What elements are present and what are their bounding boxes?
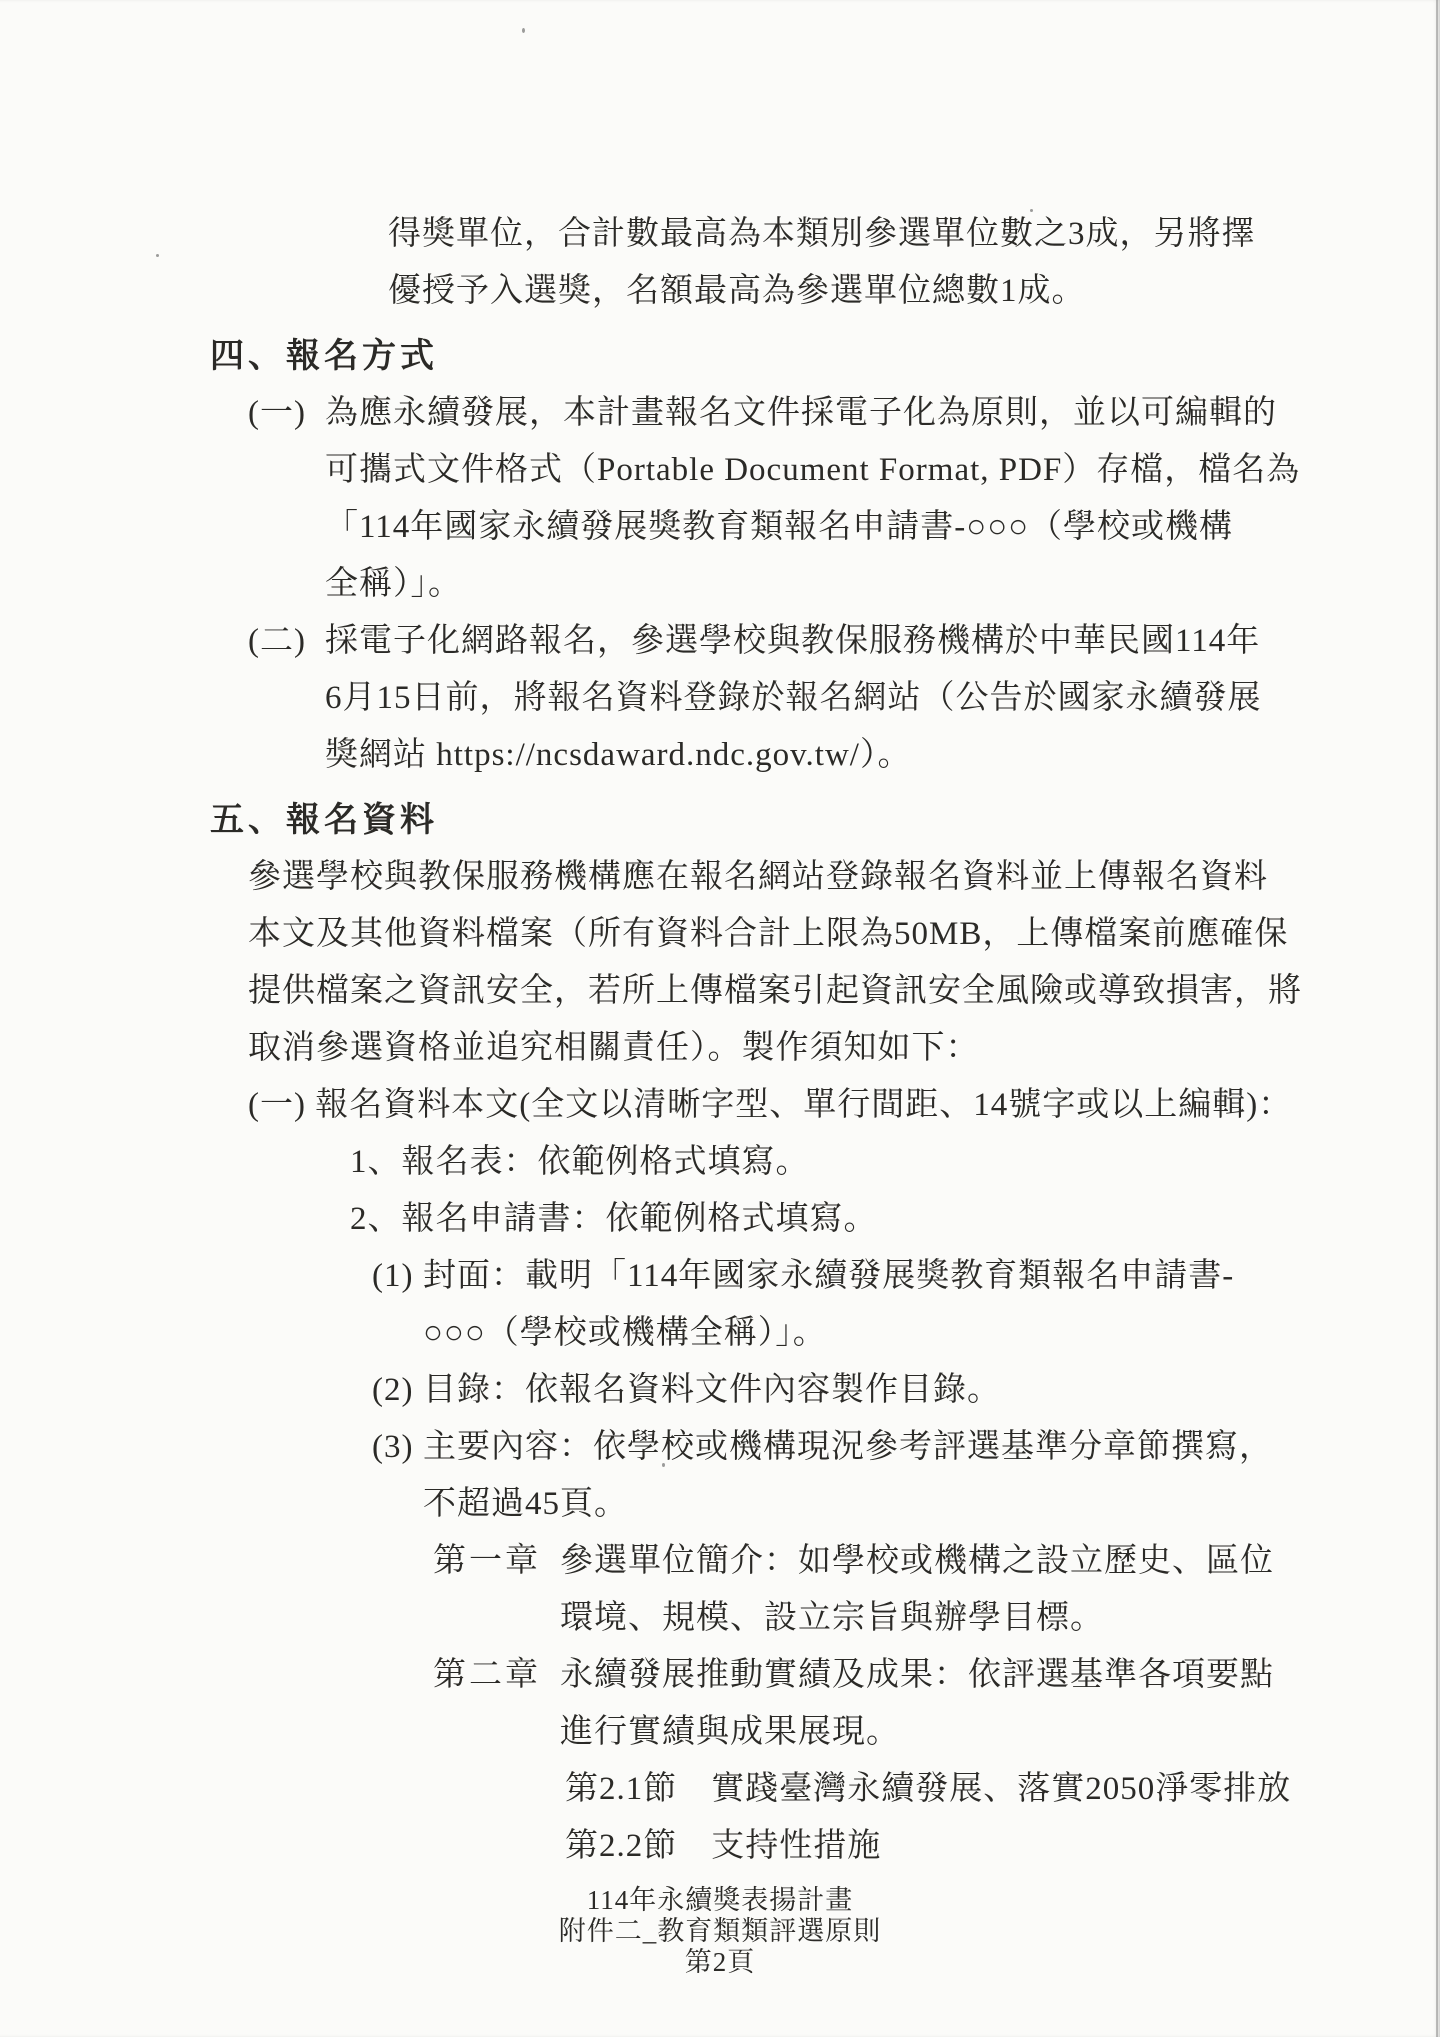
paren-item-1: (1) 封面：載明「114年國家永續發展獎教育類報名申請書- ○○○（學校或機構…	[372, 1248, 1440, 1362]
chapter-2: 第二章 永續發展推動實績及成果：依評選基準各項要點 進行實績與成果展現。	[433, 1647, 1440, 1761]
body-line: 永續發展推動實績及成果：依評選基準各項要點	[560, 1647, 1274, 1704]
body-line: 優授予入選獎，名額最高為參選單位總數1成。	[388, 263, 1440, 320]
chapter-1: 第一章 參選單位簡介：如學校或機構之設立歷史、區位 環境、規模、設立宗旨與辦學目…	[433, 1533, 1440, 1647]
registration-url-line: 獎網站 https://ncsdaward.ndc.gov.tw/）。	[325, 727, 1262, 784]
paren-item-2: (2) 目錄：依報名資料文件內容製作目錄。	[372, 1362, 1440, 1419]
body-line: 參選單位簡介：如學校或機構之設立歷史、區位	[560, 1533, 1274, 1590]
body-line: 為應永續發展，本計畫報名文件採電子化為原則，並以可編輯的	[325, 385, 1300, 442]
body-line: 環境、規模、設立宗旨與辦學目標。	[560, 1590, 1274, 1647]
body-line: 主要內容：依學校或機構現況參考評選基準分章節撰寫，	[423, 1419, 1273, 1476]
list-item-1: (一) 為應永續發展，本計畫報名文件採電子化為原則，並以可編輯的 可攜式文件格式…	[248, 385, 1440, 613]
body-line: 採電子化網路報名，參選學校與教保服務機構於中華民國114年	[325, 613, 1262, 670]
item-text: 為應永續發展，本計畫報名文件採電子化為原則，並以可編輯的 可攜式文件格式（Por…	[325, 385, 1300, 613]
item-text: 採電子化網路報名，參選學校與教保服務機構於中華民國114年 6月15日前，將報名…	[325, 613, 1262, 784]
footer-plan-title: 114年永續獎表揚計畫	[0, 1885, 1440, 1916]
body-line: 6月15日前，將報名資料登錄於報名網站（公告於國家永續發展	[325, 670, 1262, 727]
section-2-2-line: 第2.2節 支持性措施	[565, 1818, 1440, 1875]
body-line: 不超過45頁。	[423, 1476, 1273, 1533]
body-line: 封面：載明「114年國家永續發展獎教育類報名申請書-	[423, 1248, 1234, 1305]
body-line: ○○○（學校或機構全稱）」。	[423, 1305, 1234, 1362]
body-line: 得獎單位，合計數最高為本類別參選單位數之3成，另將擇	[388, 206, 1440, 263]
body-line: 提供檔案之資訊安全，若所上傳檔案引起資訊安全風險或導致損害，將	[248, 963, 1440, 1020]
item-label: (2)	[372, 1362, 423, 1419]
footer-page-number: 第2頁	[0, 1947, 1440, 1978]
section-heading-4: 四、報名方式	[210, 328, 1440, 385]
chapter-text: 參選單位簡介：如學校或機構之設立歷史、區位 環境、規模、設立宗旨與辦學目標。	[560, 1533, 1274, 1647]
item-text: 封面：載明「114年國家永續發展獎教育類報名申請書- ○○○（學校或機構全稱）」…	[423, 1248, 1234, 1362]
body-line: 可攜式文件格式（Portable Document Format, PDF）存檔…	[325, 442, 1300, 499]
sub-item-1: (一) 報名資料本文(全文以清晰字型、單行間距、14號字或以上編輯)：	[248, 1077, 1440, 1134]
numbered-item-2: 2、報名申請書：依範例格式填寫。	[350, 1191, 1440, 1248]
item-label: (一)	[248, 385, 325, 442]
page-footer: 114年永續獎表揚計畫 附件二_教育類類評選原則 第2頁	[0, 1885, 1440, 1978]
item-label: (3)	[372, 1419, 423, 1476]
scan-speck	[522, 28, 525, 33]
chapter-label: 第二章	[433, 1647, 560, 1704]
item-text: 目錄：依報名資料文件內容製作目錄。	[423, 1362, 1001, 1419]
item-label: (1)	[372, 1248, 423, 1305]
list-item-2: (二) 採電子化網路報名，參選學校與教保服務機構於中華民國114年 6月15日前…	[248, 613, 1440, 784]
scan-speck	[1030, 209, 1033, 212]
section-heading-5: 五、報名資料	[210, 792, 1440, 849]
body-line: 參選學校與教保服務機構應在報名網站登錄報名資料並上傳報名資料	[248, 849, 1440, 906]
item-text: 主要內容：依學校或機構現況參考評選基準分章節撰寫， 不超過45頁。	[423, 1419, 1273, 1533]
carryover-paragraph: 得獎單位，合計數最高為本類別參選單位數之3成，另將擇 優授予入選獎，名額最高為參…	[388, 0, 1440, 320]
body-line: 全稱）」。	[325, 556, 1300, 613]
section5-paragraph: 參選學校與教保服務機構應在報名網站登錄報名資料並上傳報名資料 本文及其他資料檔案…	[248, 849, 1440, 1077]
body-line: 本文及其他資料檔案（所有資料合計上限為50MB，上傳檔案前應確保	[248, 906, 1440, 963]
chapter-text: 永續發展推動實績及成果：依評選基準各項要點 進行實績與成果展現。	[560, 1647, 1274, 1761]
paren-item-3: (3) 主要內容：依學校或機構現況參考評選基準分章節撰寫， 不超過45頁。	[372, 1419, 1440, 1533]
footer-attachment-title: 附件二_教育類類評選原則	[0, 1916, 1440, 1947]
scan-speck	[156, 254, 159, 257]
body-line: 目錄：依報名資料文件內容製作目錄。	[423, 1362, 1001, 1419]
section-2-1-line: 第2.1節 實踐臺灣永續發展、落實2050淨零排放	[565, 1761, 1440, 1818]
body-line: 進行實績與成果展現。	[560, 1704, 1274, 1761]
scan-speck	[662, 1463, 665, 1467]
scanned-document-page: 得獎單位，合計數最高為本類別參選單位數之3成，另將擇 優授予入選獎，名額最高為參…	[0, 0, 1440, 2037]
item-label: (二)	[248, 613, 325, 670]
numbered-item-1: 1、報名表：依範例格式填寫。	[350, 1134, 1440, 1191]
body-line: 取消參選資格並追究相關責任）。製作須知如下：	[248, 1020, 1440, 1077]
chapter-label: 第一章	[433, 1533, 560, 1590]
body-line: 「114年國家永續發展獎教育類報名申請書-○○○（學校或機構	[325, 499, 1300, 556]
